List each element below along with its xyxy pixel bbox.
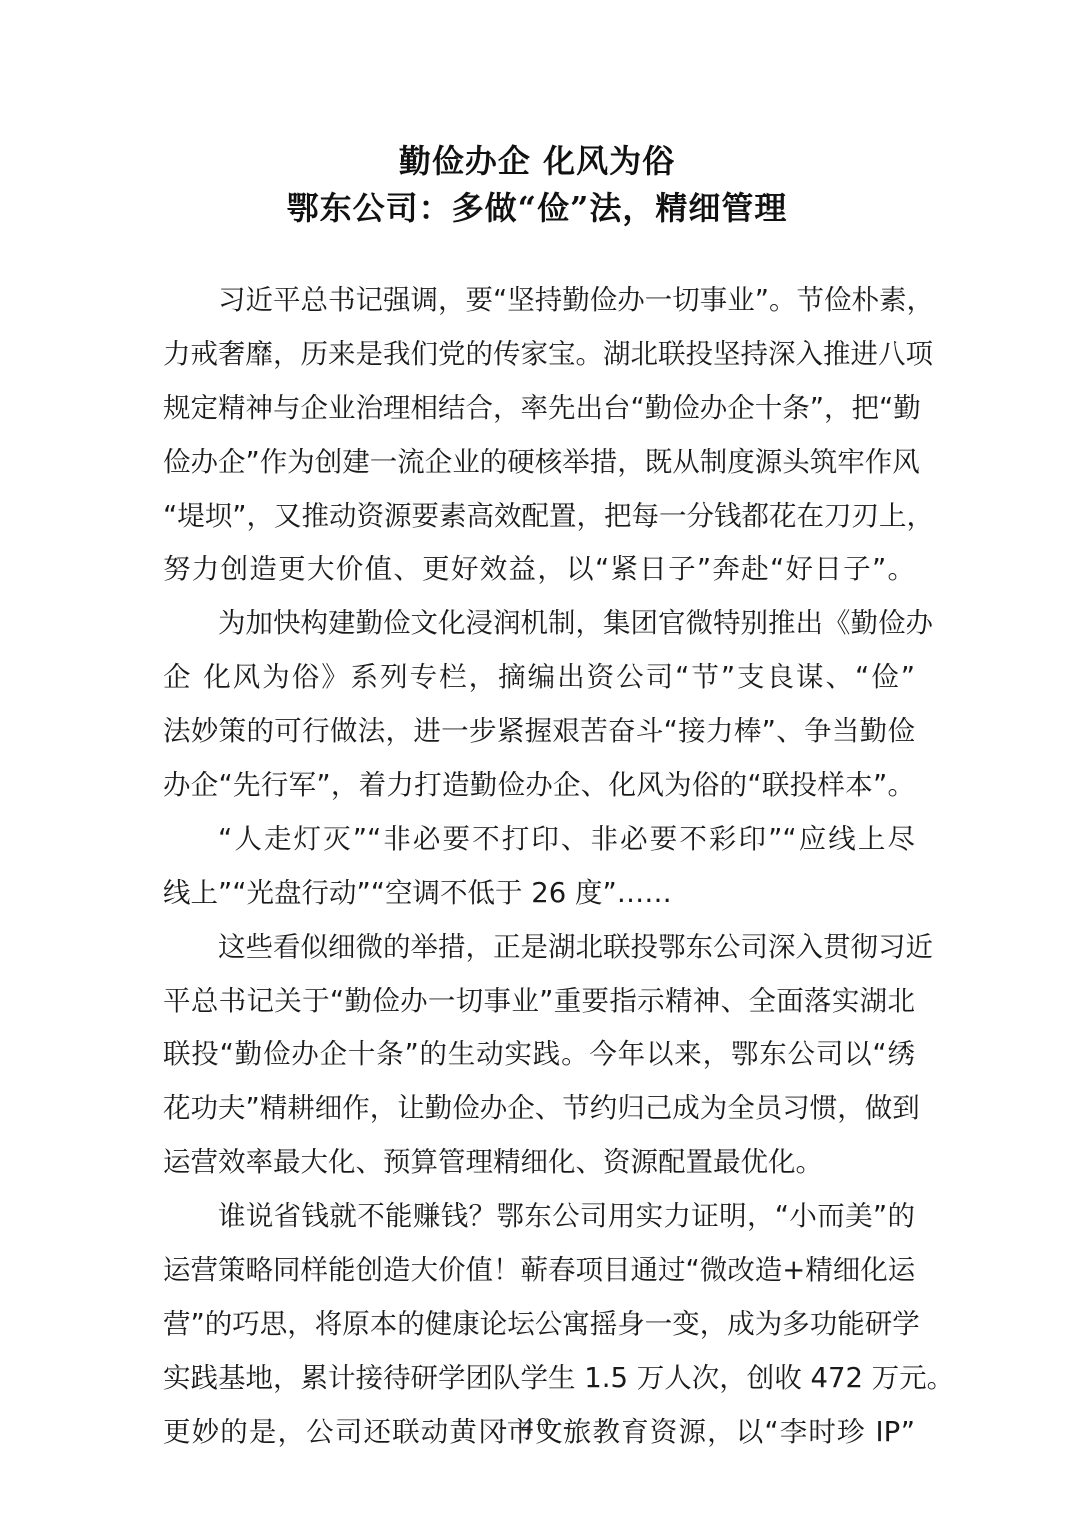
text-line: 运营效率最大化、预算管理精细化、资源配置最优化。 (163, 1142, 915, 1196)
text-line: 这些看似细微的举措，正是湖北联投鄂东公司深入贯彻习近 (163, 927, 915, 981)
text-line: 营”的巧思，将原本的健康论坛公寓摇身一变，成为多功能研学 (163, 1304, 915, 1358)
text-line: “堤坝”，又推动资源要素高效配置，把每一分钱都花在刀刃上， (163, 496, 915, 550)
text-line: 联投“勤俭办企十条”的生动实践。今年以来，鄂东公司以“绣 (163, 1034, 915, 1088)
text-line: 习近平总书记强调，要“坚持勤俭办一切事业”。节俭朴素， (163, 280, 915, 334)
text-line: 实践基地，累计接待研学团队学生 1.5 万人次，创收 472 万元。 (163, 1358, 915, 1412)
text-line: 企 化风为俗》系列专栏，摘编出资公司“节”支良谋、“俭” (163, 657, 915, 711)
text-line: 俭办企”作为创建一流企业的硬核举措，既从制度源头筑牢作风 (163, 442, 915, 496)
text-line: 线上”“光盘行动”“空调不低于 26 度”…… (163, 873, 915, 927)
text-line: 努力创造更大价值、更好效益，以“紧日子”奔赴“好日子”。 (163, 549, 915, 603)
text-line: 办企“先行军”，着力打造勤俭办企、化风为俗的“联投样本”。 (163, 765, 915, 819)
text-line: 花功夫”精耕细作，让勤俭办企、节约归己成为全员习惯，做到 (163, 1088, 915, 1142)
text-line: 平总书记关于“勤俭办一切事业”重要指示精神、全面落实湖北 (163, 981, 915, 1035)
page-number: - 40 - (0, 1414, 1074, 1441)
text-line: “人走灯灭”“非必要不打印、非必要不彩印”“应线上尽 (163, 819, 915, 873)
text-line: 力戒奢靡，历来是我们党的传家宝。湖北联投坚持深入推进八项 (163, 334, 915, 388)
text-line: 运营策略同样能创造大价值！蕲春项目通过“微改造+精细化运 (163, 1250, 915, 1304)
text-line: 为加快构建勤俭文化浸润机制，集团官微特别推出《勤俭办 (163, 603, 915, 657)
title-line-2: 鄂东公司：多做“俭”法，精细管理 (0, 183, 1074, 229)
article-body: 习近平总书记强调，要“坚持勤俭办一切事业”。节俭朴素，力戒奢靡，历来是我们党的传… (163, 280, 915, 1466)
title-line-1: 勤俭办企 化风为俗 (0, 136, 1074, 182)
text-line: 法妙策的可行做法，进一步紧握艰苦奋斗“接力棒”、争当勤俭 (163, 711, 915, 765)
text-line: 规定精神与企业治理相结合，率先出台“勤俭办企十条”，把“勤 (163, 388, 915, 442)
text-line: 谁说省钱就不能赚钱？鄂东公司用实力证明，“小而美”的 (163, 1196, 915, 1250)
